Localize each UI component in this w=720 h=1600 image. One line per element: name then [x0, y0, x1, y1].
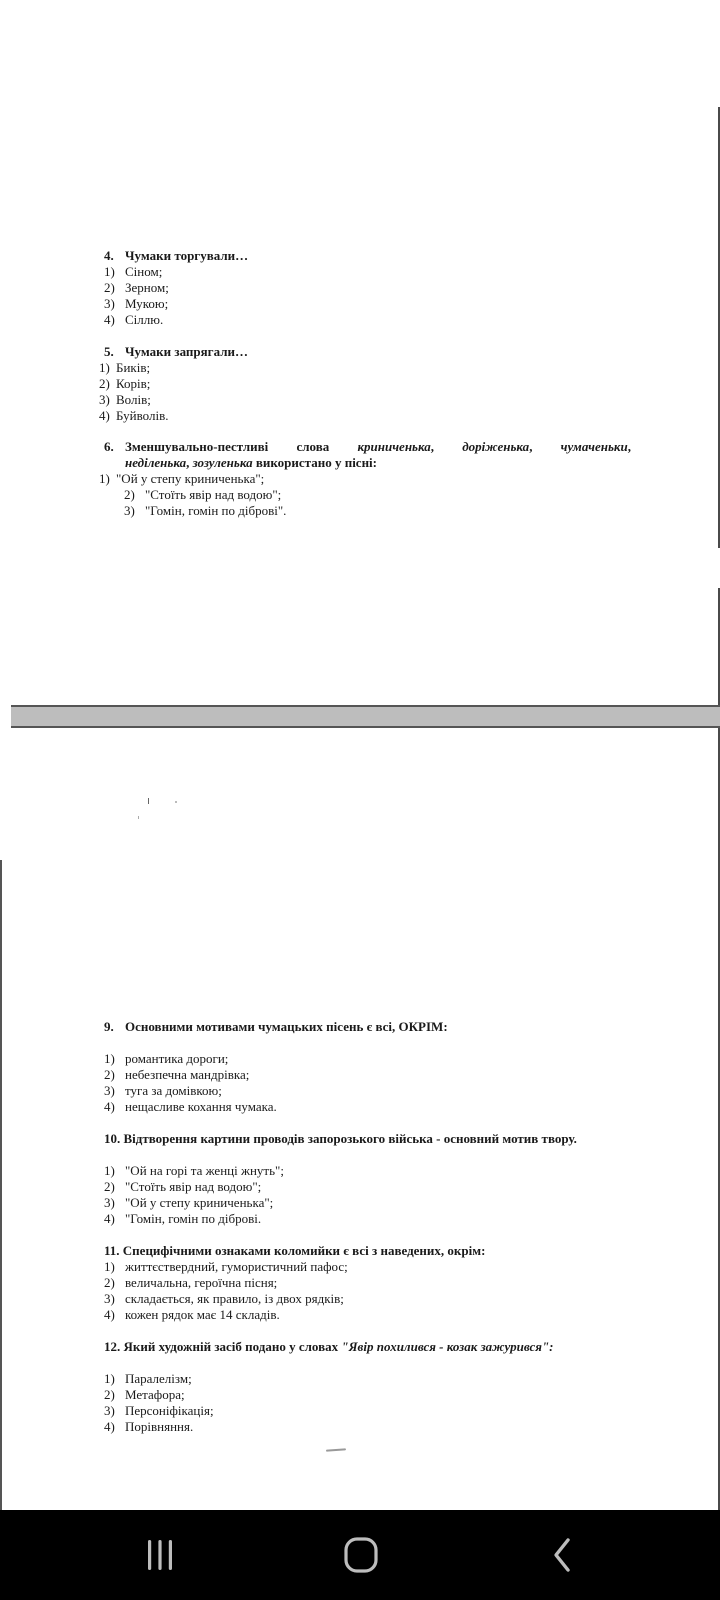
question-number: 11. — [104, 1243, 120, 1259]
question-4: 4. Чумаки торгували… 1)Сіном; 2)Зерном; … — [104, 248, 248, 328]
question-number: 4. — [104, 248, 125, 264]
answer-option: 4)Буйволів. — [99, 408, 168, 424]
home-button[interactable] — [331, 1530, 391, 1580]
answer-option: 3)Волів; — [99, 392, 168, 408]
question-12: 12. Який художній засіб подано у словах … — [104, 1339, 554, 1435]
answer-option: 1)"Ой на горі та женці жнуть"; — [104, 1163, 577, 1179]
answer-option: 2)"Стоїть явір над водою"; — [124, 487, 286, 503]
answer-option: 3)складається, як правило, із двох рядкі… — [104, 1291, 485, 1307]
answer-option: 2)"Стоїть явір над водою"; — [104, 1179, 577, 1195]
recents-button[interactable] — [130, 1530, 190, 1580]
question-number: 10. — [104, 1131, 120, 1147]
answer-option: 2)Метафора; — [104, 1387, 554, 1403]
question-quote: "Явір похилився - козак зажурився": — [341, 1339, 553, 1355]
question-number: 6. — [104, 439, 114, 455]
answer-option: 4)кожен рядок має 14 складів. — [104, 1307, 485, 1323]
question-9: 9. Основними мотивами чумацьких пісень є… — [104, 1019, 448, 1115]
page-separator — [11, 705, 720, 728]
answer-option: 3)Мукою; — [104, 296, 248, 312]
answer-option: 1)Биків; — [99, 360, 168, 376]
answer-option: 2)Зерном; — [104, 280, 248, 296]
question-11: 11. Специфічними ознаками коломийки є вс… — [104, 1243, 485, 1323]
answer-option: 1)Паралелізм; — [104, 1371, 554, 1387]
answer-option: 2)Корів; — [99, 376, 168, 392]
answer-option: 2)величальна, героїчна пісня; — [104, 1275, 485, 1291]
answer-option: 3)"Ой у степу криниченька"; — [104, 1195, 577, 1211]
answer-option: 1)романтика дороги; — [104, 1051, 448, 1067]
question-5: 5. Чумаки запрягали… — [104, 344, 248, 360]
page-edge — [0, 860, 2, 1510]
home-icon — [343, 1537, 379, 1573]
answer-option: 1)життєствердний, гумористичний пафос; — [104, 1259, 485, 1275]
answer-option: 3)Персоніфікація; — [104, 1403, 554, 1419]
answer-option: 4)Сіллю. — [104, 312, 248, 328]
question-title: Чумаки торгували… — [125, 248, 248, 264]
answer-option: 4)"Гомін, гомін по діброві. — [104, 1211, 577, 1227]
answer-option: 1)Сіном; — [104, 264, 248, 280]
question-title: Який художній засіб подано у словах — [124, 1339, 339, 1355]
question-5-options: 1)Биків; 2)Корів; 3)Волів; 4)Буйволів. — [99, 360, 168, 424]
question-title: Відтворення картини проводів запорозьког… — [124, 1131, 577, 1147]
answer-option: 2)небезпечна мандрівка; — [104, 1067, 448, 1083]
question-title: Основними мотивами чумацьких пісень є вс… — [125, 1019, 448, 1035]
answer-option: 4)Порівняння. — [104, 1419, 554, 1435]
question-6: 6. Зменшувально-пестливі слова криничень… — [104, 439, 631, 471]
question-6-options: 2)"Стоїть явір над водою"; 3)"Гомін, гом… — [124, 487, 286, 519]
back-button[interactable] — [533, 1530, 593, 1580]
question-10: 10. Відтворення картини проводів запороз… — [104, 1131, 577, 1227]
question-title: Чумаки запрягали… — [125, 344, 248, 360]
question-number: 9. — [104, 1019, 125, 1035]
question-title: Специфічними ознаками коломийки є всі з … — [123, 1243, 486, 1259]
question-number: 12. — [104, 1339, 120, 1355]
system-navigation-bar — [0, 1510, 720, 1600]
answer-option: 3)"Гомін, гомін по діброві". — [124, 503, 286, 519]
back-icon — [548, 1537, 578, 1573]
answer-option: 3)туга за домівкою; — [104, 1083, 448, 1099]
answer-option: 4)нещасливе кохання чумака. — [104, 1099, 448, 1115]
answer-option: 1)"Ой у степу криниченька"; — [99, 471, 264, 487]
recents-icon — [143, 1538, 177, 1572]
question-number: 5. — [104, 344, 125, 360]
question-title: 6. Зменшувально-пестливі слова криничень… — [104, 439, 631, 471]
